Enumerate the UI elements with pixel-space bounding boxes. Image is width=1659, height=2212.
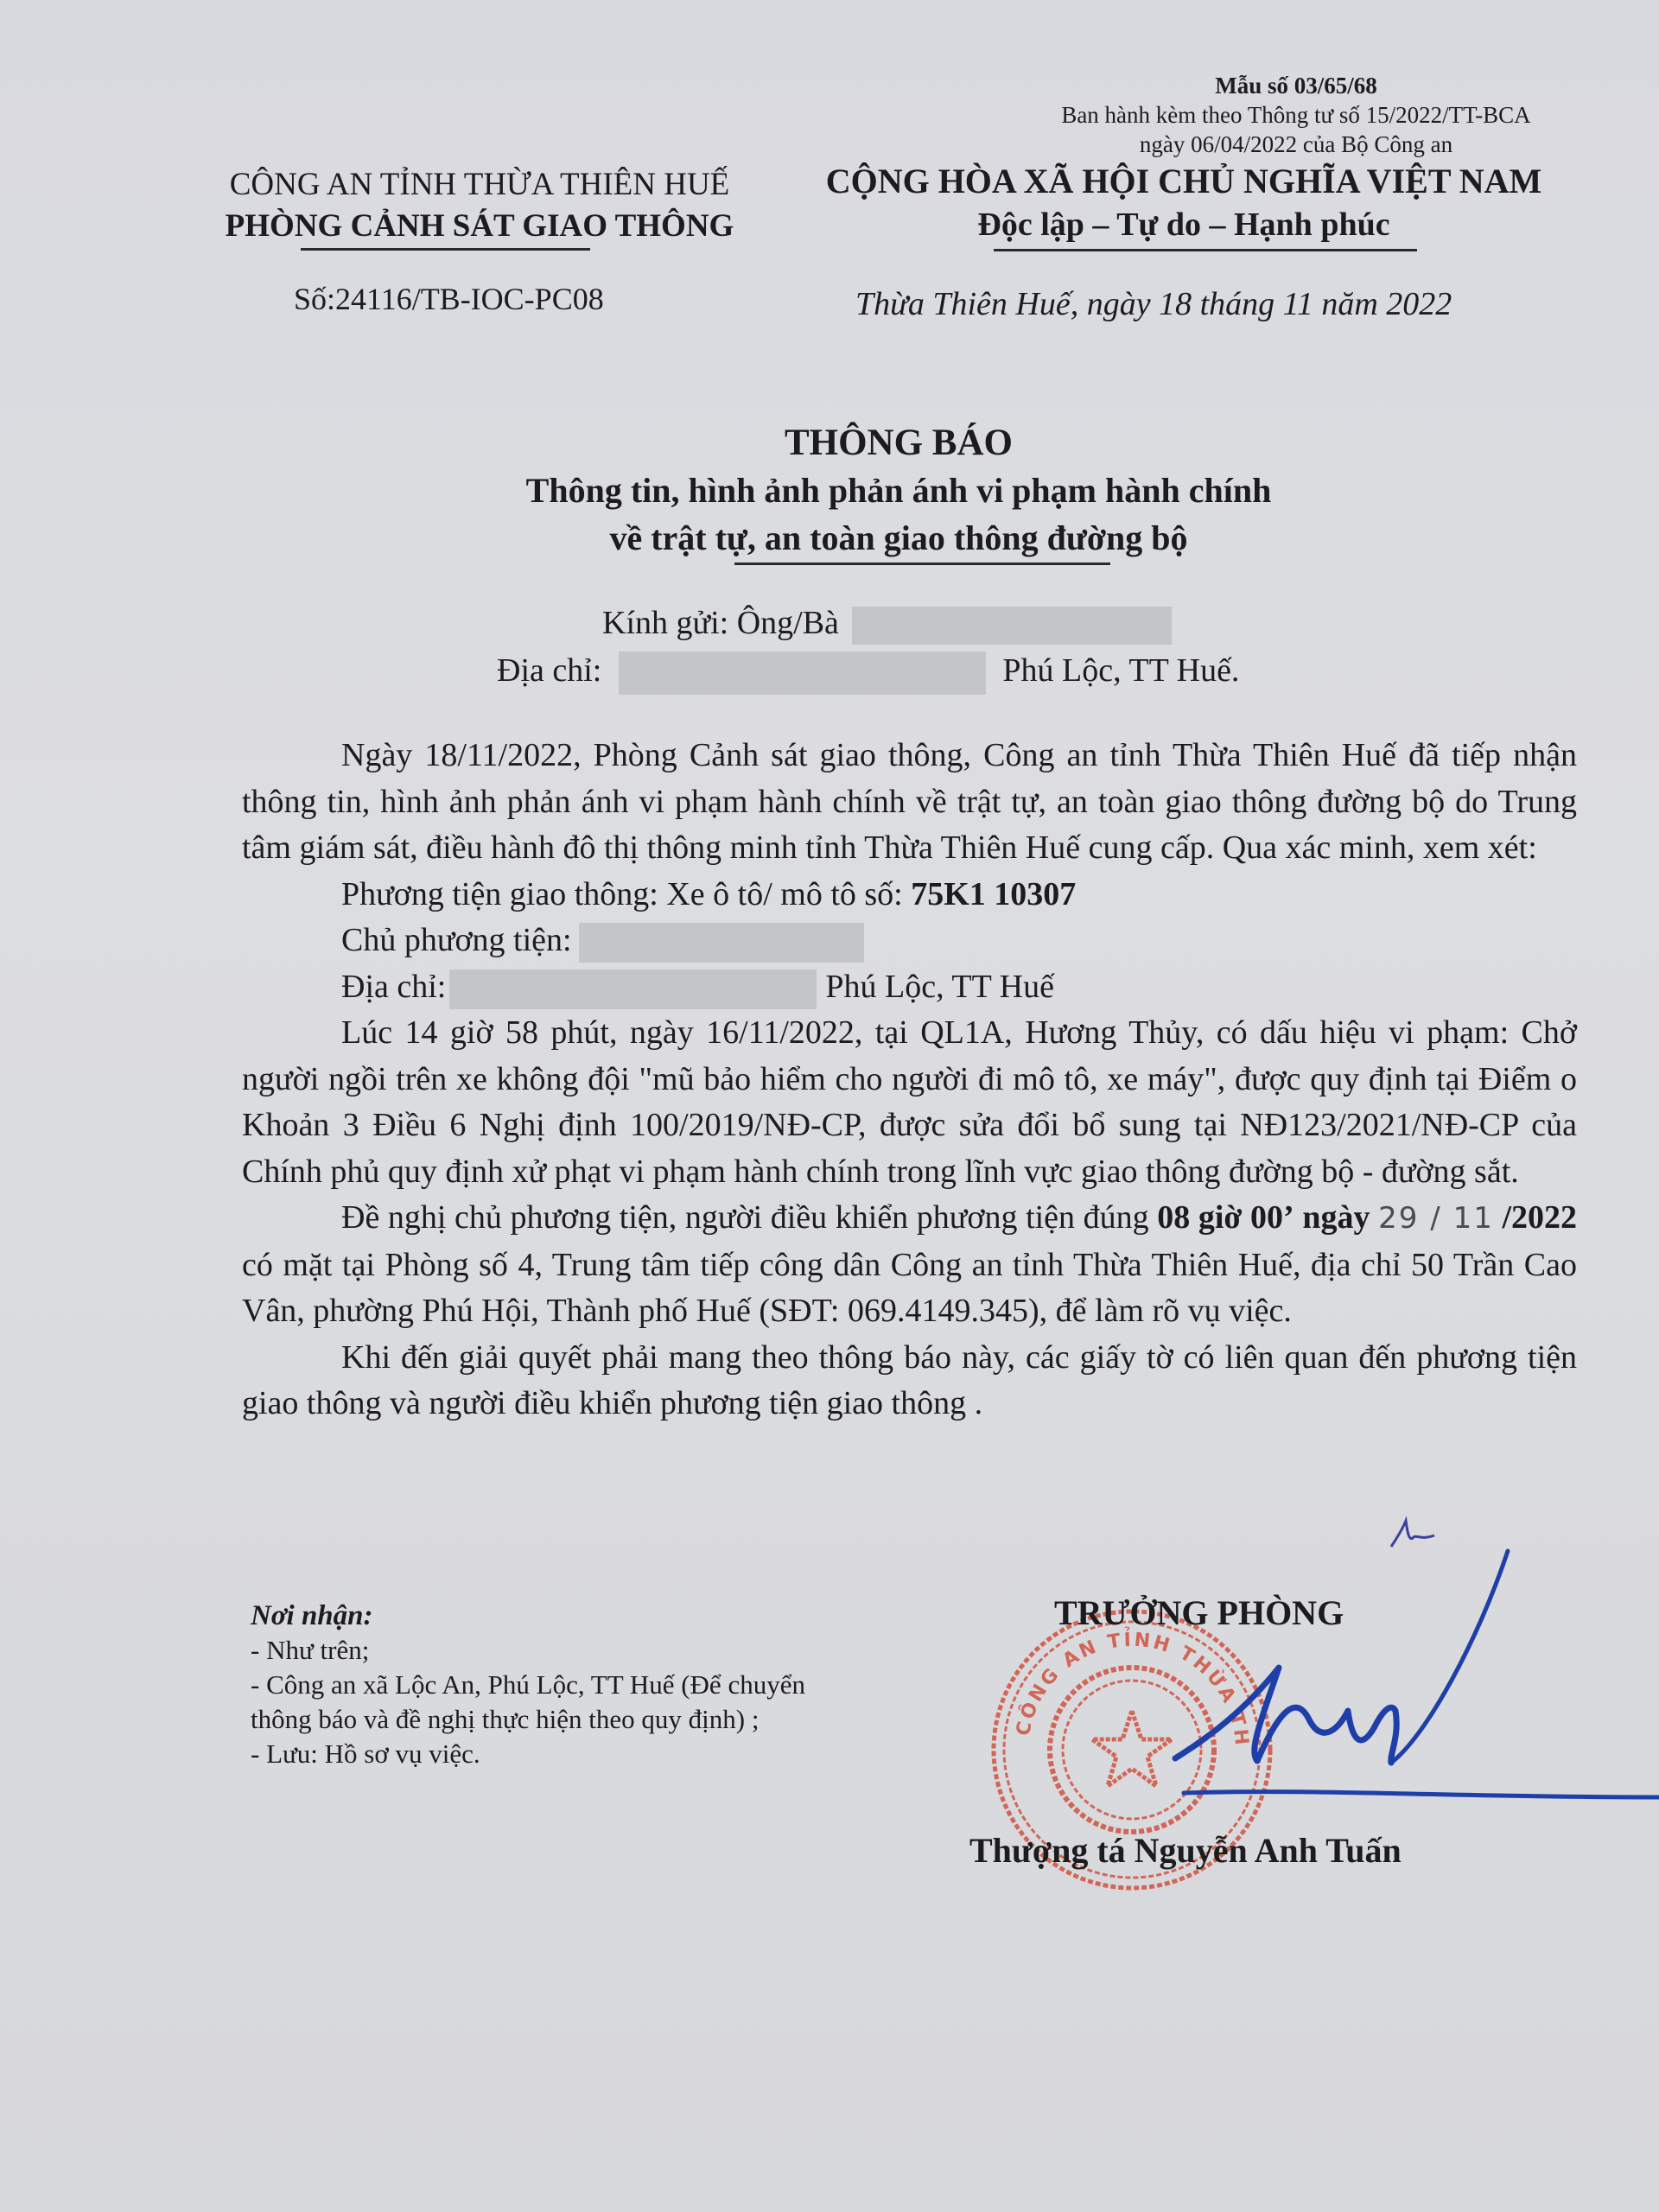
body-intro: Ngày 18/11/2022, Phòng Cảnh sát giao thô… bbox=[242, 733, 1577, 872]
recipients-heading: Nơi nhận: bbox=[251, 1599, 873, 1633]
national-header: CỘNG HÒA XÃ HỘI CHỦ NGHĨA VIỆT NAM Độc l… bbox=[804, 160, 1564, 246]
license-plate: 75K1 10307 bbox=[911, 876, 1076, 912]
recipient-line: Kính gửi: Ông/Bà bbox=[497, 601, 1172, 645]
handwritten-date: 29 / 11 bbox=[1378, 1201, 1494, 1236]
redacted-recipient-address bbox=[619, 652, 986, 695]
appointment-year: /2022 bbox=[1502, 1199, 1577, 1236]
initial-mark-icon bbox=[1387, 1516, 1439, 1551]
recipient-address-label: Địa chỉ: bbox=[497, 652, 601, 689]
document-number: Số:24116/TB-IOC-PC08 bbox=[294, 281, 604, 317]
owner-label: Chủ phương tiện: bbox=[341, 922, 572, 958]
request-text: Đề nghị chủ phương tiện, người điều khiể… bbox=[341, 1199, 1157, 1236]
signatory-name: Thượng tá Nguyễn Anh Tuấn bbox=[969, 1830, 1402, 1871]
recipient-address-line: Địa chỉ: Phú Lộc, TT Huế. bbox=[497, 648, 1239, 695]
notice-body: Ngày 18/11/2022, Phòng Cảnh sát giao thô… bbox=[242, 733, 1577, 1427]
owner-address-label: Địa chỉ: bbox=[341, 969, 446, 1005]
violation-description: Lúc 14 giờ 58 phút, ngày 16/11/2022, tại… bbox=[242, 1010, 1577, 1195]
form-number: Mẫu số 03/65/68 bbox=[985, 71, 1607, 100]
notice-subtitle-2: về trật tự, an toàn giao thông đường bộ bbox=[449, 514, 1348, 562]
handwritten-signature-icon bbox=[1063, 1538, 1659, 1815]
place-and-date: Thừa Thiên Huế, ngày 18 tháng 11 năm 202… bbox=[855, 285, 1452, 323]
owner-address-line: Địa chỉ:Phú Lộc, TT Huế bbox=[242, 964, 1577, 1011]
recipient-address-suffix: Phú Lộc, TT Huế. bbox=[1002, 652, 1239, 689]
issuer-agency: CÔNG AN TỈNH THỪA THIÊN HUẾ bbox=[186, 164, 773, 206]
recipients-item: - Lưu: Hồ sơ vụ việc. bbox=[251, 1737, 873, 1771]
national-motto: Độc lập – Tự do – Hạnh phúc bbox=[804, 203, 1564, 246]
owner-line: Chủ phương tiện: bbox=[242, 918, 1577, 964]
redacted-owner-name bbox=[579, 923, 864, 963]
issuer-underline bbox=[301, 248, 590, 251]
vehicle-line: Phương tiện giao thông: Xe ô tô/ mô tô s… bbox=[242, 872, 1577, 918]
redacted-owner-address bbox=[449, 969, 817, 1009]
recipient-salutation: Kính gửi: Ông/Bà bbox=[497, 605, 839, 641]
notice-heading: THÔNG BÁO bbox=[449, 419, 1348, 467]
recipients-item: - Như trên; bbox=[251, 1633, 873, 1668]
vehicle-label: Phương tiện giao thông: Xe ô tô/ mô tô s… bbox=[341, 876, 911, 912]
appointment-day-label: ngày bbox=[1302, 1199, 1370, 1236]
closing-instruction: Khi đến giải quyết phải mang theo thông … bbox=[242, 1335, 1577, 1427]
recipients-list: Nơi nhận: - Như trên; - Công an xã Lộc A… bbox=[251, 1599, 873, 1771]
notice-title: THÔNG BÁO Thông tin, hình ảnh phản ánh v… bbox=[449, 419, 1348, 562]
title-underline bbox=[734, 563, 1110, 565]
notice-subtitle-1: Thông tin, hình ảnh phản ánh vi phạm hàn… bbox=[449, 467, 1348, 514]
form-issued-by-line2: ngày 06/04/2022 của Bộ Công an bbox=[985, 130, 1607, 159]
motto-underline bbox=[994, 249, 1417, 251]
appointment-request: Đề nghị chủ phương tiện, người điều khiể… bbox=[242, 1195, 1577, 1335]
issuer-header: CÔNG AN TỈNH THỪA THIÊN HUẾ PHÒNG CẢNH S… bbox=[186, 164, 773, 247]
redacted-recipient-name bbox=[852, 607, 1172, 645]
country-name: CỘNG HÒA XÃ HỘI CHỦ NGHĨA VIỆT NAM bbox=[804, 160, 1564, 203]
form-code-block: Mẫu số 03/65/68 Ban hành kèm theo Thông … bbox=[985, 71, 1607, 159]
form-issued-by-line1: Ban hành kèm theo Thông tư số 15/2022/TT… bbox=[985, 100, 1607, 130]
owner-address-suffix: Phú Lộc, TT Huế bbox=[825, 969, 1054, 1005]
appointment-time: 08 giờ 00’ bbox=[1157, 1199, 1294, 1236]
issuer-department: PHÒNG CẢNH SÁT GIAO THÔNG bbox=[186, 206, 773, 247]
appointment-location: có mặt tại Phòng số 4, Trung tâm tiếp cô… bbox=[242, 1247, 1577, 1330]
recipients-item: - Công an xã Lộc An, Phú Lộc, TT Huế (Để… bbox=[251, 1668, 873, 1737]
